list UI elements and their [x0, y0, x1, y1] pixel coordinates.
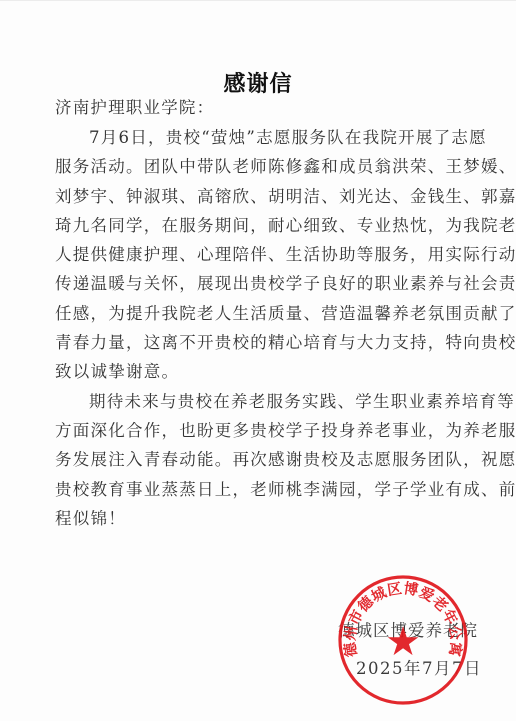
body-line: 任感，为提升我院老人生活质量、营造温馨养老氛围贡献了 [55, 299, 475, 328]
body-line: 期待未来与贵校在养老服务实践、学生职业素养培育等 [55, 387, 475, 416]
body-line: 务发展注入青春动能。再次感谢贵校及志愿服务团队，祝愿 [55, 445, 475, 474]
body-line: 人提供健康护理、心理陪伴、生活协助等服务，用实际行动 [55, 240, 475, 269]
signature-date: 2025年7月7日 [356, 655, 482, 679]
body-line: 方面深化合作，也盼更多贵校学子投身养老事业，为养老服 [55, 416, 475, 445]
letter-body: 7月6日，贵校“萤烛”志愿服务队在我院开展了志愿 服务活动。团队中带队老师陈修鑫… [55, 123, 475, 533]
body-line: 琦九名同学，在服务期间，耐心细致、专业热忱，为我院老 [55, 211, 475, 240]
body-line: 传递温暖与关怀，展现出贵校学子良好的职业素养与社会责 [55, 269, 475, 298]
body-line: 贵校教育事业蒸蒸日上，老师桃李满园，学子学业有成、前 [55, 475, 475, 504]
body-line: 青春力量，这离不开贵校的精心培育与大力支持，特向贵校 [55, 328, 475, 357]
body-line: 致以诚挚谢意。 [55, 357, 475, 386]
salutation: 济南护理职业学院： [55, 94, 214, 118]
signature-org: 德城区博爱养老院 [338, 617, 478, 641]
body-line: 程似锦！ [55, 504, 475, 533]
body-line: 刘梦宇、钟淑琪、高镕欣、胡明洁、刘光达、金钱生、郭嘉 [55, 182, 475, 211]
body-line: 服务活动。团队中带队老师陈修鑫和成员翁洪荣、王梦媛、 [55, 152, 475, 181]
letter-page: 感谢信 济南护理职业学院： 7月6日，贵校“萤烛”志愿服务队在我院开展了志愿 服… [0, 0, 516, 721]
body-line: 7月6日，贵校“萤烛”志愿服务队在我院开展了志愿 [55, 123, 475, 152]
